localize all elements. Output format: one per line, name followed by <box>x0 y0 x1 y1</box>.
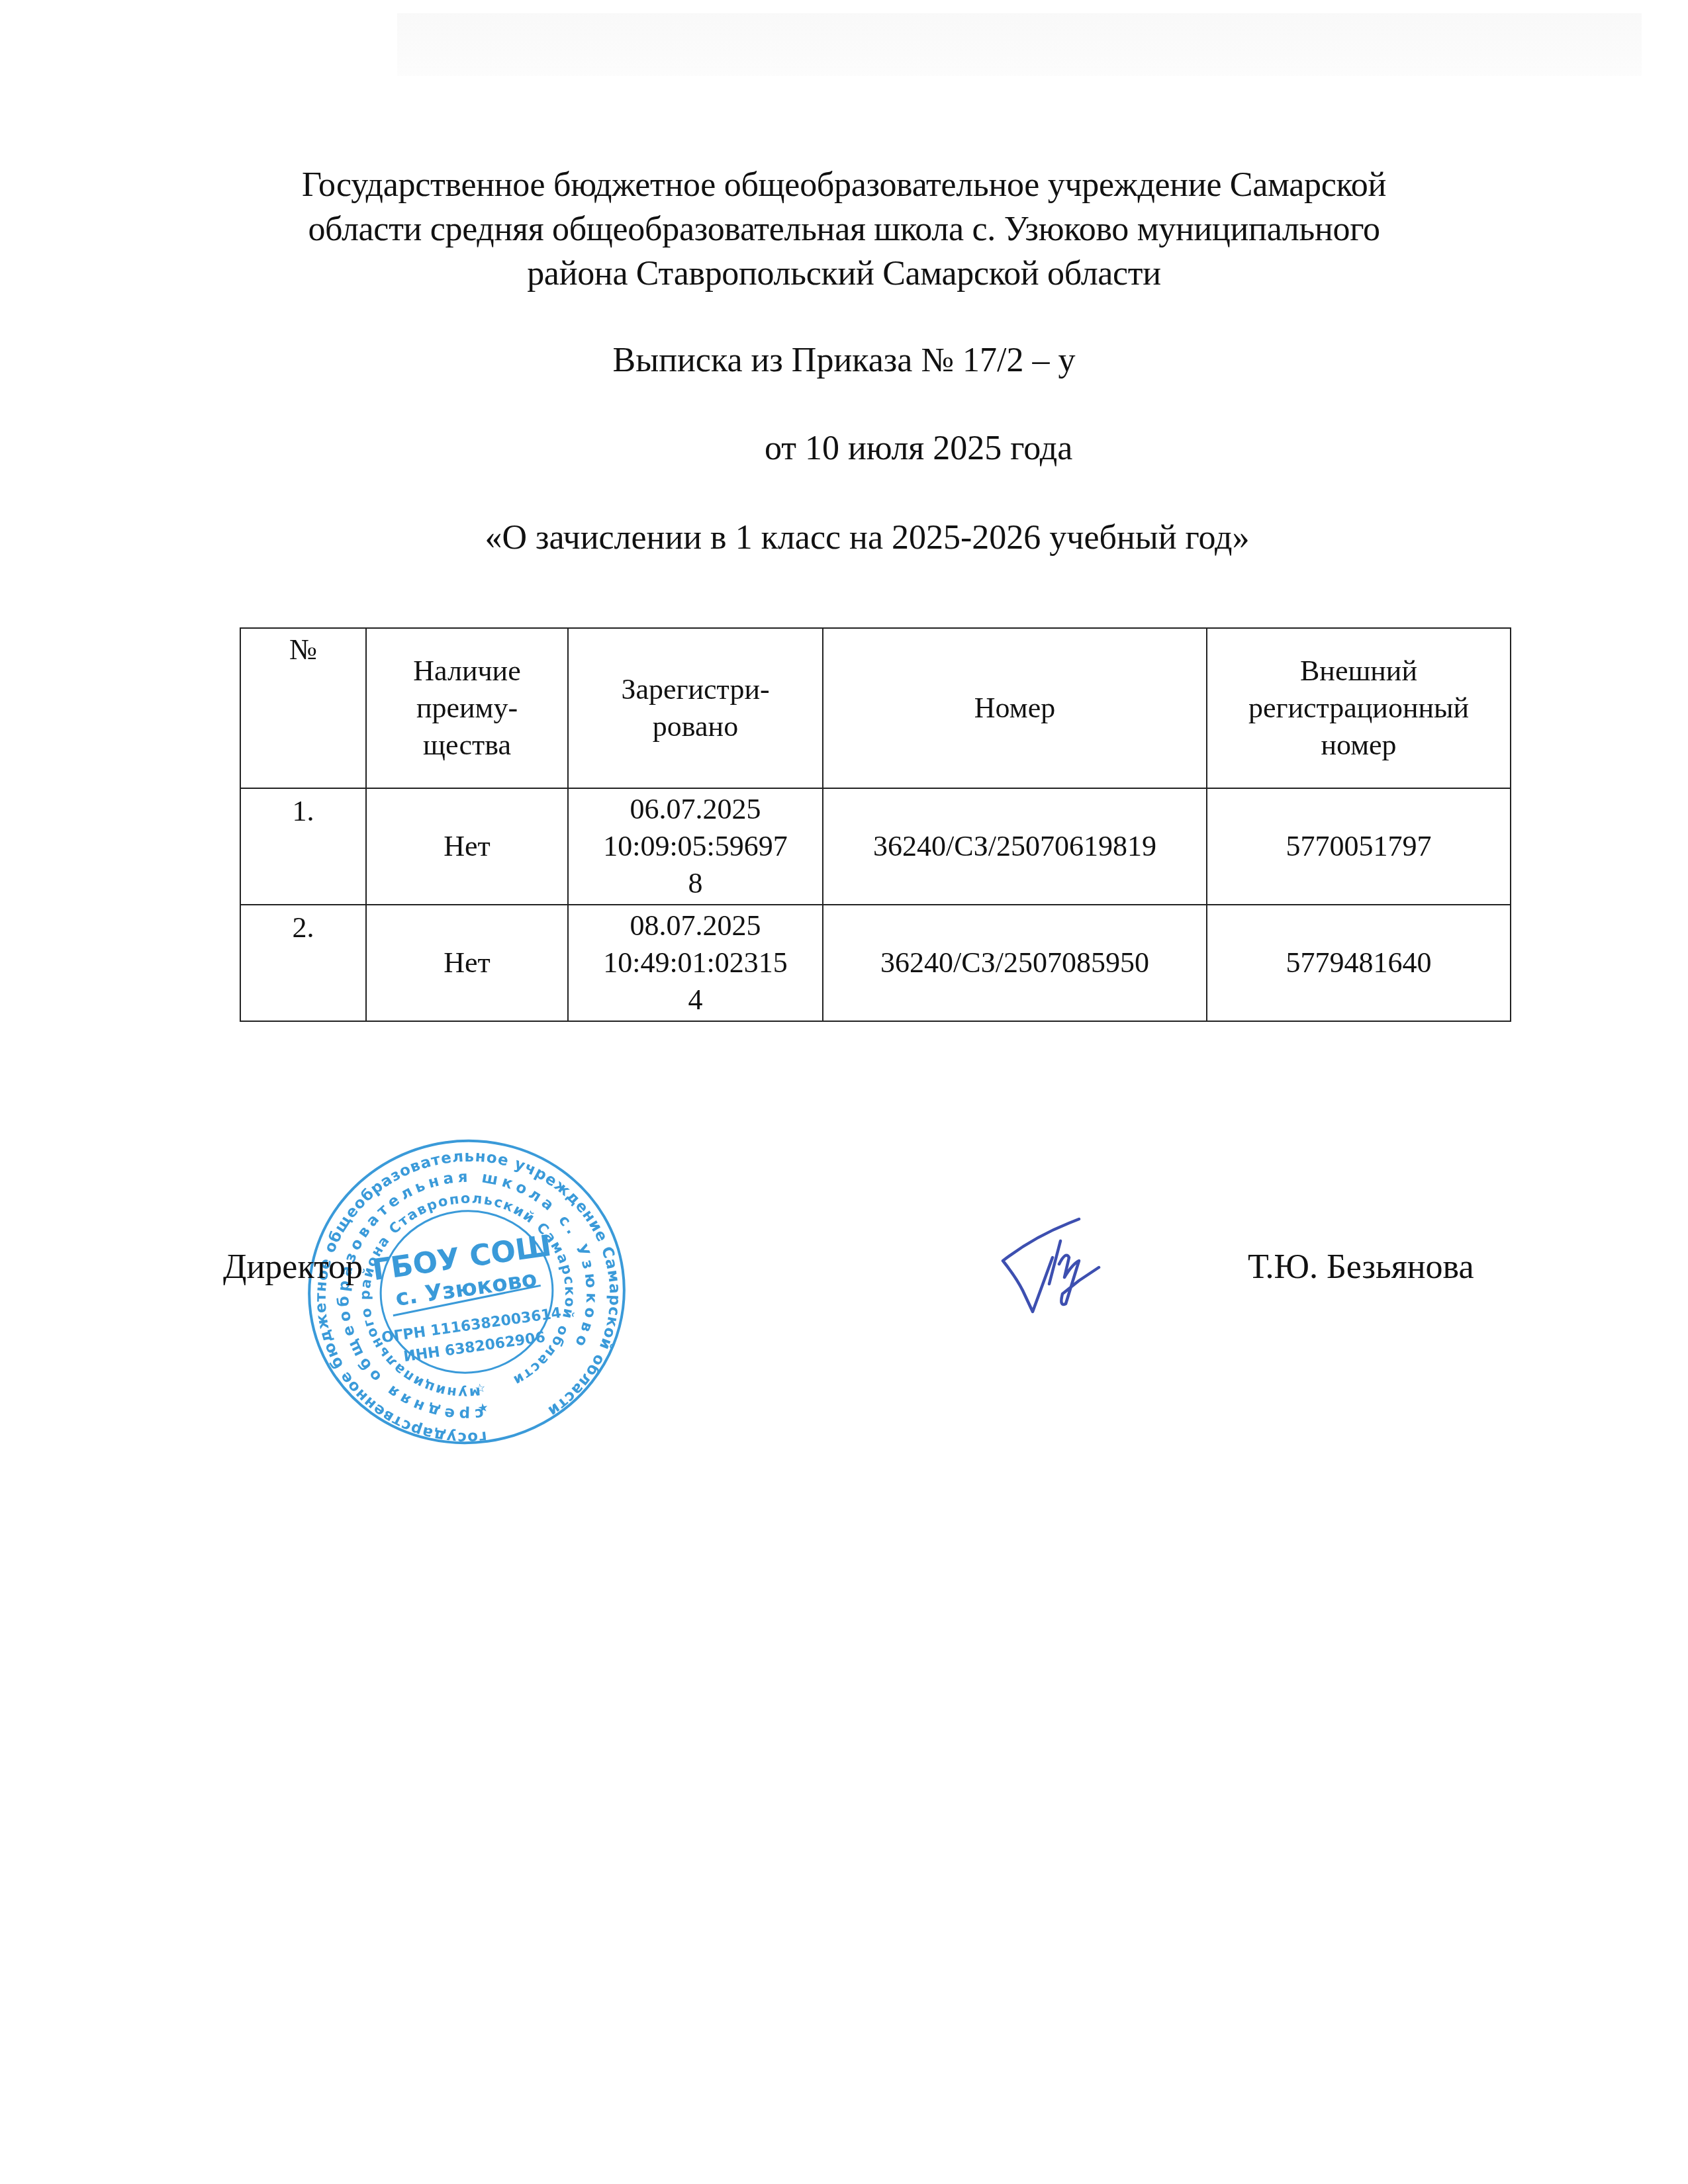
institution-name-line-3: района Ставропольский Самарской области <box>0 251 1688 297</box>
institution-name-line-2: области средняя общеобразовательная школ… <box>0 206 1688 253</box>
institution-name-line-1: Государственное бюджетное общеобразовате… <box>0 162 1688 208</box>
extract-title: Выписка из Приказа № 17/2 – у <box>0 338 1688 384</box>
director-name: Т.Ю. Безьянова <box>1248 1244 1474 1291</box>
director-label: Директор <box>223 1244 363 1291</box>
row-advantage: Нет <box>366 905 568 1021</box>
svg-text:★: ★ <box>477 1400 489 1416</box>
column-header-application-number: Номер <box>823 628 1207 788</box>
official-stamp: государственное бюджетное общеобразовате… <box>301 1132 632 1453</box>
scan-shading <box>397 13 1642 76</box>
row-external-number: 5770051797 <box>1207 788 1511 905</box>
row-application-number: 36240/СЗ/2507085950 <box>823 905 1207 1021</box>
row-registered: 08.07.2025 10:49:01:02315 4 <box>568 905 823 1021</box>
enrollment-table: № Наличие преиму- щества Зарегистри- ров… <box>240 627 1511 1022</box>
row-number: 2. <box>240 905 366 1021</box>
row-registered: 06.07.2025 10:09:05:59697 8 <box>568 788 823 905</box>
handwritten-signature <box>986 1211 1139 1324</box>
order-date: от 10 июля 2025 года <box>765 426 1072 472</box>
svg-text:☆: ☆ <box>474 1381 487 1396</box>
row-external-number: 5779481640 <box>1207 905 1511 1021</box>
order-subject: «О зачислении в 1 класс на 2025-2026 уче… <box>0 515 1688 561</box>
row-application-number: 36240/СЗ/25070619819 <box>823 788 1207 905</box>
column-header-external-number: Внешний регистрационный номер <box>1207 628 1511 788</box>
table-row: 1. Нет 06.07.2025 10:09:05:59697 8 36240… <box>240 788 1511 905</box>
column-header-advantage: Наличие преиму- щества <box>366 628 568 788</box>
table-row: 2. Нет 08.07.2025 10:49:01:02315 4 36240… <box>240 905 1511 1021</box>
table-header-row: № Наличие преиму- щества Зарегистри- ров… <box>240 628 1511 788</box>
row-advantage: Нет <box>366 788 568 905</box>
row-number: 1. <box>240 788 366 905</box>
column-header-registered: Зарегистри- ровано <box>568 628 823 788</box>
column-header-number: № <box>240 628 366 788</box>
